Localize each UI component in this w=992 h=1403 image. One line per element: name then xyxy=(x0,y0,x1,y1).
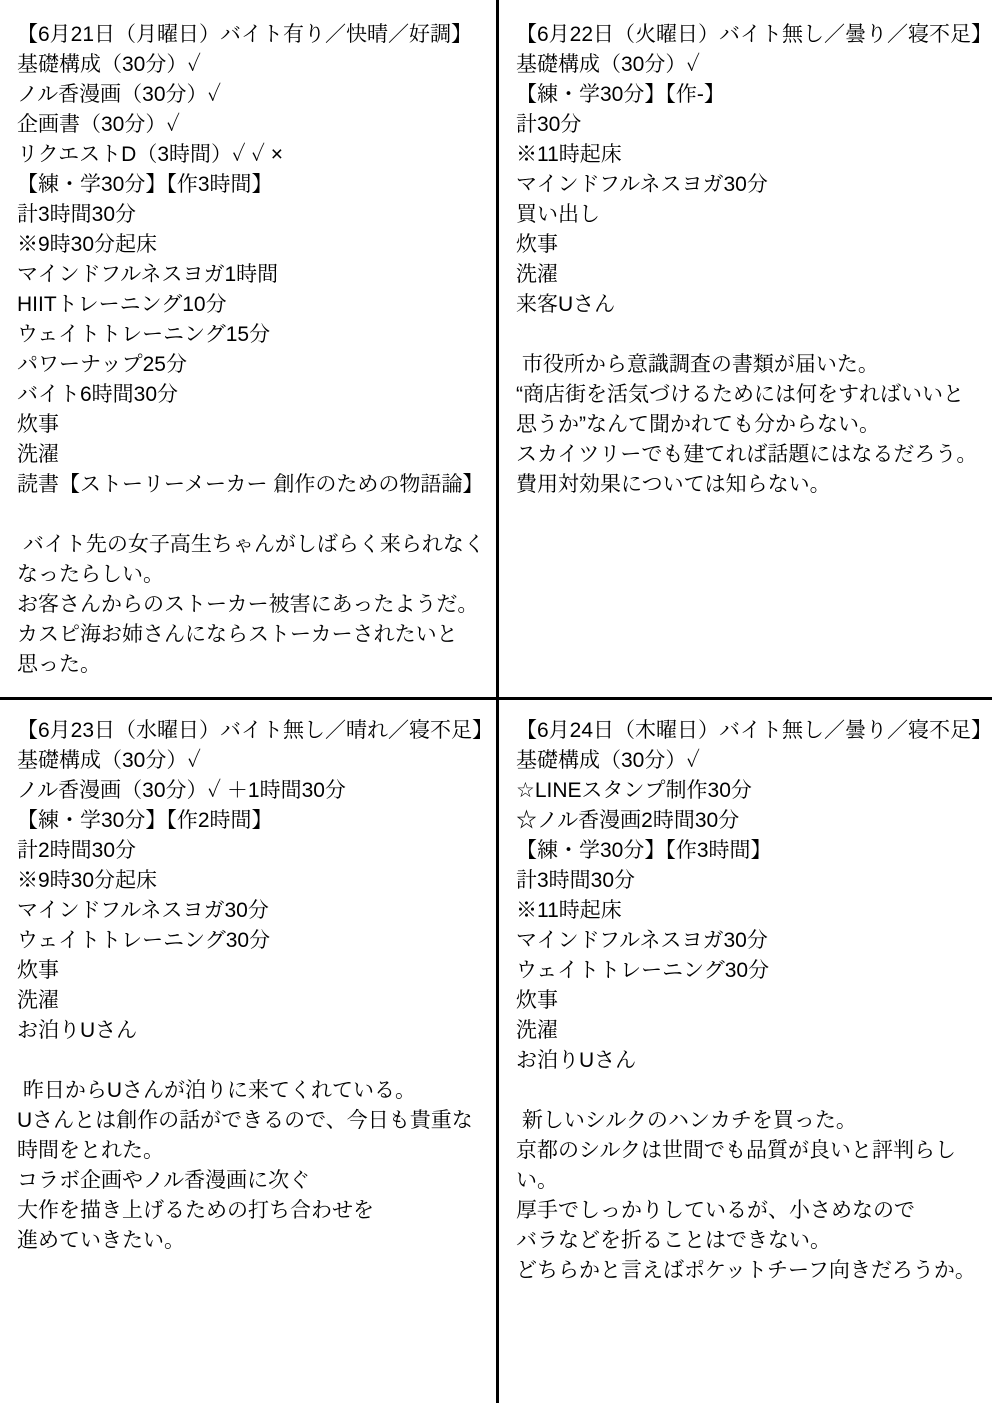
activity-line: 【練・学30分】【作3時間】 xyxy=(516,836,984,866)
activity-line: マインドフルネスヨガ1時間 xyxy=(17,260,488,290)
activity-list: 基礎構成（30分）✓ノル香漫画（30分）✓企画書（30分）✓リクエストD（3時間… xyxy=(17,50,488,500)
activity-line: ウェイトトレーニング15分 xyxy=(17,320,488,350)
note-line: Uさんとは創作の話ができるので、今日も貴重な xyxy=(17,1106,488,1136)
activity-line: 炊事 xyxy=(17,410,488,440)
activity-line: マインドフルネスヨガ30分 xyxy=(516,926,984,956)
activity-line: お泊りUさん xyxy=(516,1046,984,1076)
activity-line: 炊事 xyxy=(516,986,984,1016)
activity-line: ※9時30分起床 xyxy=(17,866,488,896)
note-line: 大作を描き上げるための打ち合わせを xyxy=(17,1196,488,1226)
note-line: “商店街を活気づけるためには何をすればいいと xyxy=(516,380,984,410)
activity-line: ウェイトトレーニング30分 xyxy=(17,926,488,956)
note-paragraph: 新しいシルクのハンカチを買った。京都のシルクは世間でも品質が良いと評判らしい。厚… xyxy=(516,1106,984,1286)
activity-line: 基礎構成（30分）✓ xyxy=(17,50,488,80)
activity-line: 基礎構成（30分）✓ xyxy=(516,746,984,776)
note-line: お客さんからのストーカー被害にあったようだ。 xyxy=(17,590,488,620)
note-line: 時間をとれた。 xyxy=(17,1136,488,1166)
activity-list: 基礎構成（30分）✓☆LINEスタンプ制作30分☆ノル香漫画2時間30分【練・学… xyxy=(516,746,984,1076)
activity-line: マインドフルネスヨガ30分 xyxy=(17,896,488,926)
note-line: 市役所から意識調査の書類が届いた。 xyxy=(516,350,984,380)
activity-line: 計3時間30分 xyxy=(516,866,984,896)
activity-line: ※9時30分起床 xyxy=(17,230,488,260)
activity-line: 読書【ストーリーメーカー 創作のための物語論】 xyxy=(17,470,488,500)
activity-line: マインドフルネスヨガ30分 xyxy=(516,170,984,200)
activity-line: 洗濯 xyxy=(516,260,984,290)
activity-line: 【練・学30分】【作-】 xyxy=(516,80,984,110)
note-line: 昨日からUさんが泊りに来てくれている。 xyxy=(17,1076,488,1106)
activity-line: ※11時起床 xyxy=(516,140,984,170)
note-line: 厚手でしっかりしているが、小さめなので xyxy=(516,1196,984,1226)
note-paragraph: 昨日からUさんが泊りに来てくれている。Uさんとは創作の話ができるので、今日も貴重… xyxy=(17,1076,488,1256)
note-paragraph: バイト先の女子高生ちゃんがしばらく来られなくなったらしい。お客さんからのストーカ… xyxy=(17,530,488,680)
diary-entry-jun23: 【6月23日（水曜日）バイト無し／晴れ／寝不足】 基礎構成（30分）✓ノル香漫画… xyxy=(0,700,499,1403)
activity-line: ※11時起床 xyxy=(516,896,984,926)
diary-page: 【6月21日（月曜日）バイト有り／快晴／好調】 基礎構成（30分）✓ノル香漫画（… xyxy=(0,0,992,1403)
activity-line: お泊りUさん xyxy=(17,1016,488,1046)
diary-entry-jun24: 【6月24日（木曜日）バイト無し／曇り／寝不足】 基礎構成（30分）✓☆LINE… xyxy=(499,700,992,1403)
note-line: なったらしい。 xyxy=(17,560,488,590)
activity-line: 計30分 xyxy=(516,110,984,140)
activity-line: ☆LINEスタンプ制作30分 xyxy=(516,776,984,806)
note-line: バラなどを折ることはできない。 xyxy=(516,1226,984,1256)
note-line: 思うか”なんて聞かれても分からない。 xyxy=(516,410,984,440)
entry-header: 【6月22日（火曜日）バイト無し／曇り／寝不足】 xyxy=(516,20,984,50)
note-line: コラボ企画やノル香漫画に次ぐ xyxy=(17,1166,488,1196)
activity-line: ノル香漫画（30分）✓ ＋1時間30分 xyxy=(17,776,488,806)
note-line: バイト先の女子高生ちゃんがしばらく来られなく xyxy=(17,530,488,560)
activity-line: ☆ノル香漫画2時間30分 xyxy=(516,806,984,836)
note-line: どちらかと言えばポケットチーフ向きだろうか。 xyxy=(516,1256,984,1286)
activity-line: ウェイトトレーニング30分 xyxy=(516,956,984,986)
activity-line: HIITトレーニング10分 xyxy=(17,290,488,320)
entry-header: 【6月23日（水曜日）バイト無し／晴れ／寝不足】 xyxy=(17,716,488,746)
activity-line: 買い出し xyxy=(516,200,984,230)
note-line: 思った。 xyxy=(17,650,488,680)
note-line: 進めていきたい。 xyxy=(17,1226,488,1256)
activity-line: 来客Uさん xyxy=(516,290,984,320)
activity-line: 【練・学30分】【作2時間】 xyxy=(17,806,488,836)
activity-line: 企画書（30分）✓ xyxy=(17,110,488,140)
activity-line: 炊事 xyxy=(516,230,984,260)
activity-list: 基礎構成（30分）✓ノル香漫画（30分）✓ ＋1時間30分【練・学30分】【作2… xyxy=(17,746,488,1046)
activity-line: パワーナップ25分 xyxy=(17,350,488,380)
diary-entry-jun22: 【6月22日（火曜日）バイト無し／曇り／寝不足】 基礎構成（30分）✓【練・学3… xyxy=(499,0,992,700)
entry-header: 【6月24日（木曜日）バイト無し／曇り／寝不足】 xyxy=(516,716,984,746)
diary-entry-jun21: 【6月21日（月曜日）バイト有り／快晴／好調】 基礎構成（30分）✓ノル香漫画（… xyxy=(0,0,499,700)
note-line: カスピ海お姉さんにならストーカーされたいと xyxy=(17,620,488,650)
activity-line: 計3時間30分 xyxy=(17,200,488,230)
activity-list: 基礎構成（30分）✓【練・学30分】【作-】計30分※11時起床マインドフルネス… xyxy=(516,50,984,320)
entry-header: 【6月21日（月曜日）バイト有り／快晴／好調】 xyxy=(17,20,488,50)
activity-line: リクエストD（3時間）✓ ✓ × xyxy=(17,140,488,170)
note-line: 費用対効果については知らない。 xyxy=(516,470,984,500)
activity-line: バイト6時間30分 xyxy=(17,380,488,410)
activity-line: 基礎構成（30分）✓ xyxy=(516,50,984,80)
activity-line: 計2時間30分 xyxy=(17,836,488,866)
activity-line: 洗濯 xyxy=(17,440,488,470)
activity-line: 洗濯 xyxy=(516,1016,984,1046)
note-line: 新しいシルクのハンカチを買った。 xyxy=(516,1106,984,1136)
note-line: スカイツリーでも建てれば話題にはなるだろう。 xyxy=(516,440,984,470)
activity-line: 洗濯 xyxy=(17,986,488,1016)
note-line: 京都のシルクは世間でも品質が良いと評判らしい。 xyxy=(516,1136,984,1196)
activity-line: 炊事 xyxy=(17,956,488,986)
note-paragraph: 市役所から意識調査の書類が届いた。“商店街を活気づけるためには何をすればいいと思… xyxy=(516,350,984,500)
activity-line: 基礎構成（30分）✓ xyxy=(17,746,488,776)
activity-line: ノル香漫画（30分）✓ xyxy=(17,80,488,110)
activity-line: 【練・学30分】【作3時間】 xyxy=(17,170,488,200)
